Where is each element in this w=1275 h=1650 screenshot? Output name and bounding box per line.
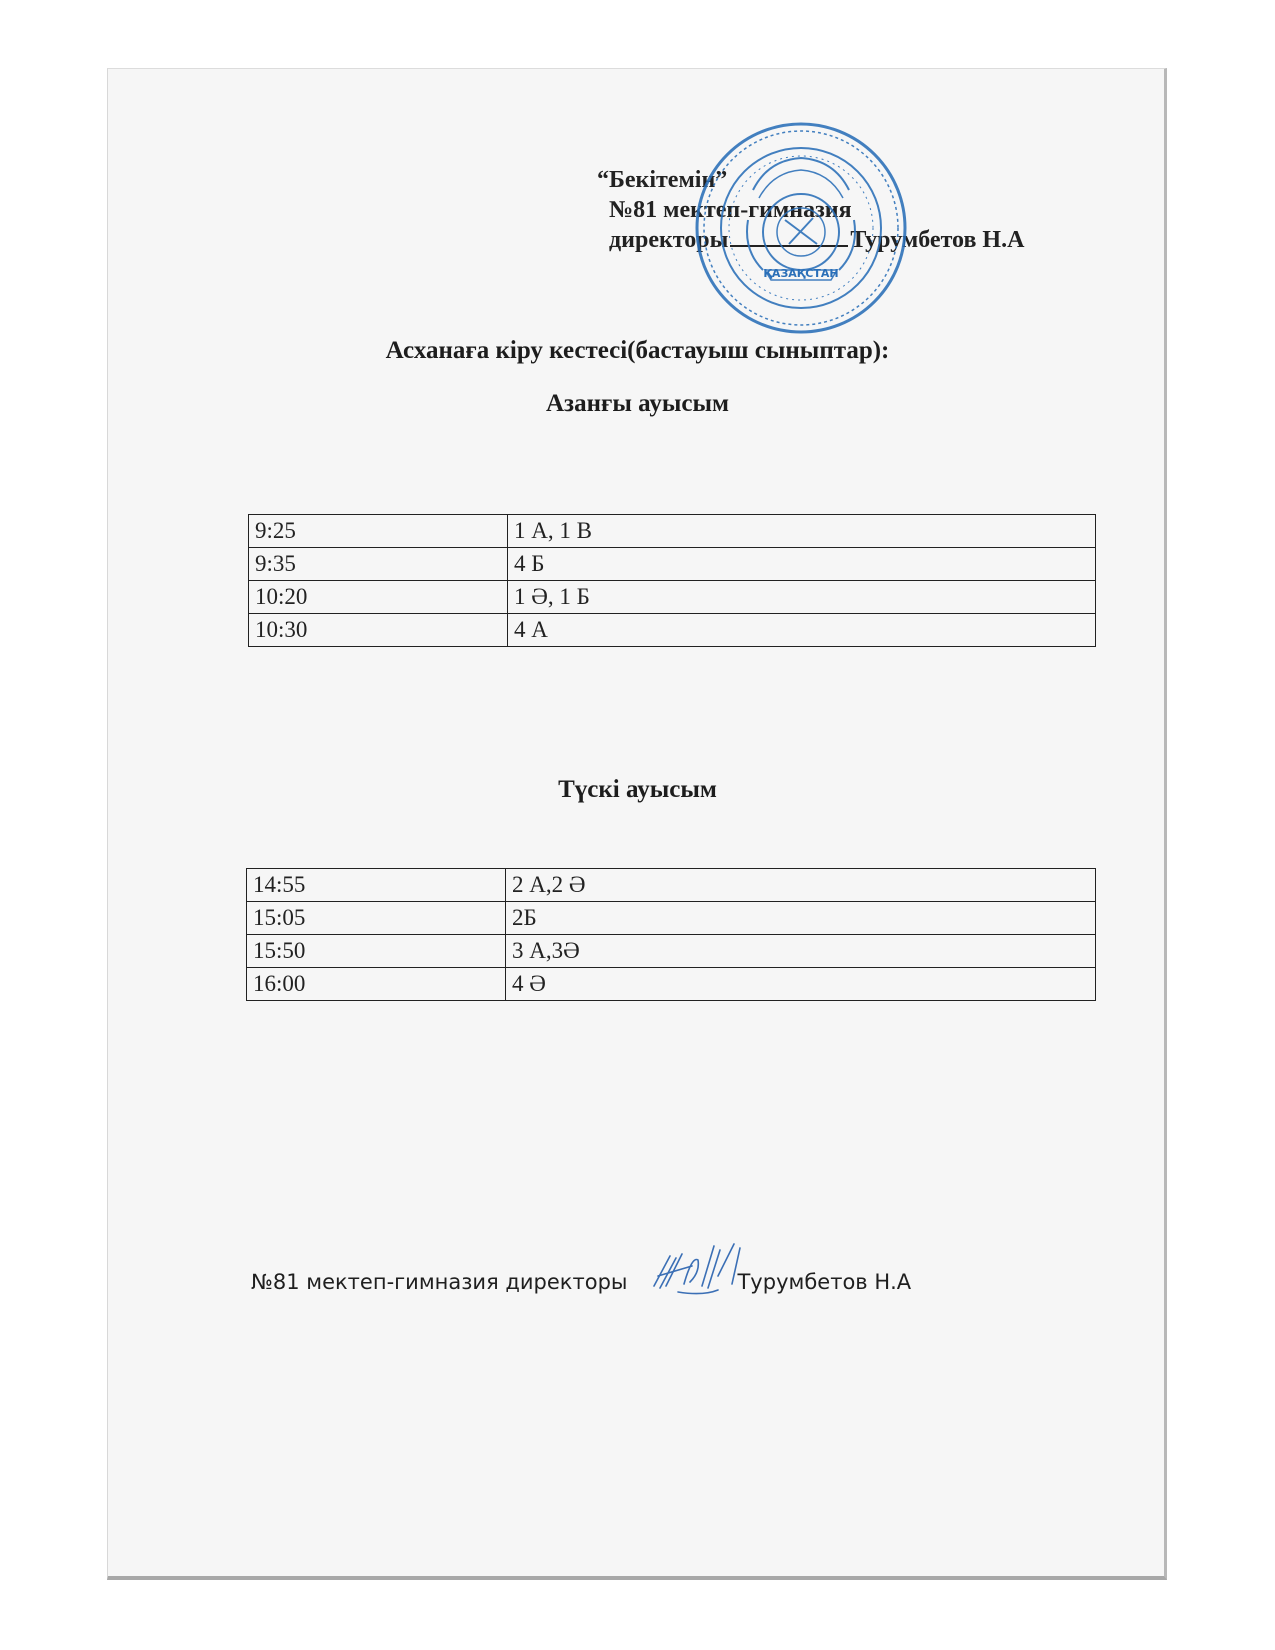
table-row: 15:503 А,3Ә: [247, 935, 1096, 968]
table-row: 9:354 Б: [249, 548, 1096, 581]
table-row: 10:304 А: [249, 614, 1096, 647]
table-row: 14:552 А,2 Ә: [247, 869, 1096, 902]
classes-cell: 3 А,3Ә: [506, 935, 1096, 968]
time-cell: 9:35: [249, 548, 508, 581]
classes-cell: 4 Б: [508, 548, 1096, 581]
signature-line: [730, 225, 848, 247]
time-cell: 15:05: [247, 902, 506, 935]
approval-line-2: №81 мектеп-гимназия: [597, 195, 1024, 225]
handwritten-signature-icon: [648, 1236, 748, 1306]
table-row: 10:201 Ә, 1 Б: [249, 581, 1096, 614]
approval-block: “Бекітемін” №81 мектеп-гимназия директор…: [597, 165, 1024, 255]
classes-cell: 4 Ә: [506, 968, 1096, 1001]
document-title: Асханаға кіру кестесі(бастауыш сыныптар)…: [0, 337, 1275, 365]
table-row: 9:251 А, 1 В: [249, 515, 1096, 548]
footer-signature-block: №81 мектеп-гимназия директорыТурумбетов …: [251, 1270, 911, 1294]
approval-line-3: директорыТурумбетов Н.А: [597, 225, 1024, 255]
table-row: 15:052Б: [247, 902, 1096, 935]
classes-cell: 1 А, 1 В: [508, 515, 1096, 548]
table-row: 16:004 Ә: [247, 968, 1096, 1001]
section-heading-afternoon: Түскі ауысым: [0, 776, 1275, 804]
approval-director-name: Турумбетов Н.А: [850, 227, 1024, 253]
time-cell: 9:25: [249, 515, 508, 548]
afternoon-schedule-table: 14:552 А,2 Ә 15:052Б 15:503 А,3Ә 16:004 …: [246, 868, 1096, 1001]
approval-line-1: “Бекітемін”: [597, 165, 1024, 195]
section-heading-morning: Азанғы ауысым: [0, 390, 1275, 418]
time-cell: 10:30: [249, 614, 508, 647]
morning-schedule-table: 9:251 А, 1 В 9:354 Б 10:201 Ә, 1 Б 10:30…: [248, 514, 1096, 647]
time-cell: 14:55: [247, 869, 506, 902]
approval-position: директоры: [609, 227, 728, 253]
classes-cell: 2Б: [506, 902, 1096, 935]
footer-director-name: Турумбетов Н.А: [737, 1270, 911, 1294]
footer-position: №81 мектеп-гимназия директоры: [251, 1270, 627, 1294]
time-cell: 15:50: [247, 935, 506, 968]
document-page: [107, 68, 1167, 1580]
time-cell: 16:00: [247, 968, 506, 1001]
classes-cell: 2 А,2 Ә: [506, 869, 1096, 902]
classes-cell: 1 Ә, 1 Б: [508, 581, 1096, 614]
classes-cell: 4 А: [508, 614, 1096, 647]
time-cell: 10:20: [249, 581, 508, 614]
